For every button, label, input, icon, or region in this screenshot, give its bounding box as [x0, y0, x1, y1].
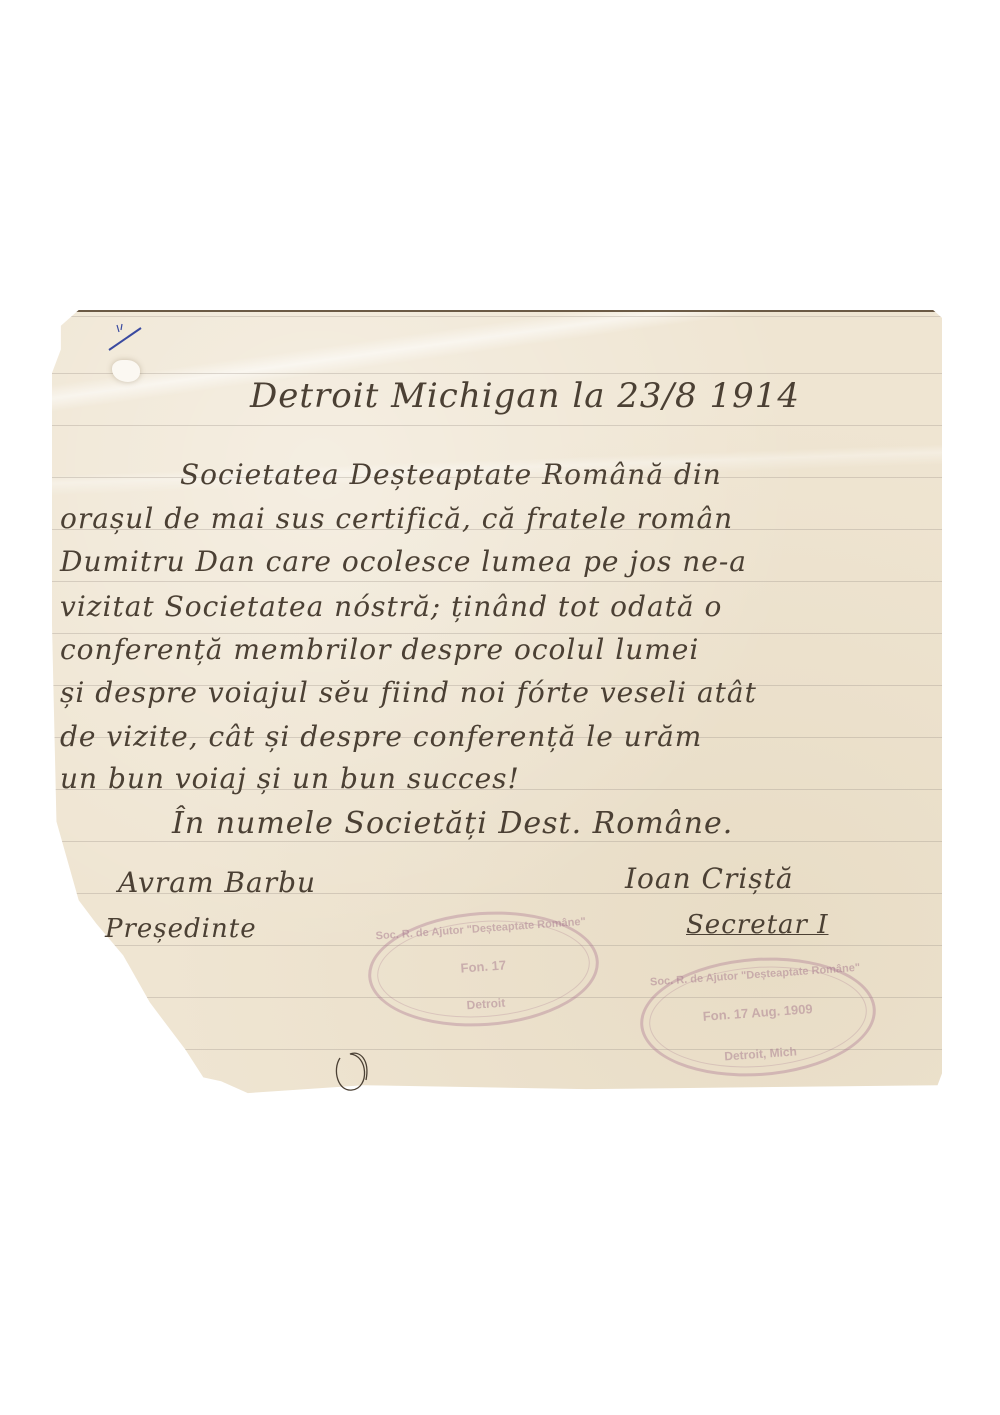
stamp-middle-text: Fon. 17: [371, 951, 596, 982]
blue-pencil-mark-icon: [105, 322, 145, 352]
letter-body-line: și despre voiajul sĕu fiind noi fórte ve…: [60, 676, 757, 709]
signature-secretary-name: Ioan Criștă: [625, 862, 794, 895]
letter-body-line: vizitat Societatea nóstră; ținând tot od…: [60, 590, 722, 623]
letter-body-line: orașul de mai sus certifică, că fratele …: [60, 502, 733, 535]
letter-body-line: conferență membrilor despre ocolul lumei: [60, 633, 699, 666]
paper-tear-hole: [112, 360, 140, 382]
letter-body-line: de vizite, cât și despre conferență le u…: [60, 720, 702, 753]
signature-president-title: Președinte: [105, 914, 257, 944]
signature-secretary-title: Secretar I: [686, 910, 829, 940]
stamp-middle-text: Fon. 17 Aug. 1909: [642, 997, 872, 1028]
letter-body-line: Dumitru Dan care ocolesce lumea pe jos n…: [60, 545, 747, 578]
letter-body-line: Societatea Deșteaptate Română din: [180, 458, 722, 491]
letter-closing: În numele Societăți Dest. Române.: [172, 806, 733, 841]
ink-scribble-icon: [330, 1050, 390, 1095]
signature-president-name: Avram Barbu: [118, 866, 316, 899]
letter-body-line: un bun voiaj și un bun succes!: [60, 762, 520, 795]
letter-heading-place-date: Detroit Michigan la 23/8 1914: [250, 376, 800, 416]
